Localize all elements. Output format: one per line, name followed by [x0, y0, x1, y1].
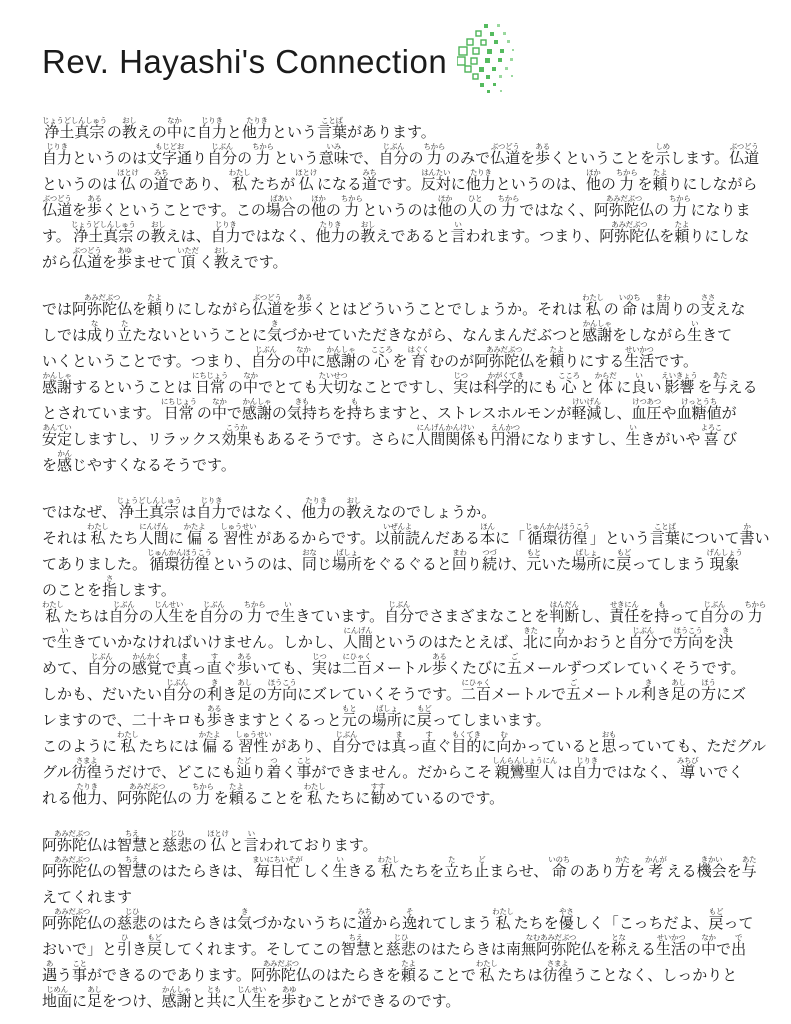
- furigana: ご: [570, 679, 577, 687]
- ruby-text: なむあみだぶつ南無阿弥陀仏: [506, 934, 596, 960]
- kanji-base: 循環彷徨: [149, 557, 209, 574]
- furigana: ちから: [744, 601, 766, 609]
- ruby-text: なか中: [212, 398, 227, 424]
- plain-text: のはたらきを: [311, 968, 401, 985]
- plain-text: では: [361, 739, 391, 756]
- kanji-base: 自力: [196, 505, 226, 522]
- kanji-base: 足: [87, 994, 102, 1011]
- plain-text: いくということです。つまり、: [42, 354, 251, 371]
- ruby-text: じつ実: [453, 372, 468, 398]
- kanji-base: 中: [212, 406, 227, 423]
- furigana: こころ: [371, 346, 393, 354]
- ruby-text: じぶん自分: [384, 601, 414, 627]
- ruby-text: い生: [687, 320, 702, 346]
- furigana: なか: [296, 346, 310, 354]
- plain-text: えであると: [375, 229, 450, 246]
- kanji-base: 歩: [207, 713, 222, 730]
- plain-text: の: [228, 380, 243, 397]
- ruby-text: じぶん自分: [251, 346, 281, 372]
- text-line: わたし私たちはじぶん自分のじんせい人生をじぶん自分のちから力でい生きています。じ…: [42, 600, 751, 626]
- ruby-text: じりき自力: [197, 117, 227, 143]
- kanji-base: 教: [360, 229, 375, 246]
- plain-text: もあるそうです。さらに: [252, 432, 416, 449]
- kanji-base: 血圧: [632, 406, 662, 423]
- kanji-base: 場所: [332, 557, 362, 574]
- kanji-base: 着: [266, 765, 281, 782]
- furigana: たりき: [246, 117, 268, 125]
- kanji-base: 真: [391, 739, 406, 756]
- kanji-base: 元: [342, 713, 357, 730]
- kanji-base: 中: [701, 942, 716, 959]
- ruby-text: い良: [631, 372, 646, 398]
- plain-text: をしながら: [612, 328, 687, 345]
- ruby-text: じょうどしんしゅう浄土真宗: [117, 497, 182, 523]
- furigana: つ: [270, 757, 277, 765]
- plain-text: ができるのであります。: [87, 968, 251, 985]
- kanji-base: 慈悲: [117, 916, 147, 933]
- kanji-base: 力: [247, 609, 262, 626]
- kanji-base: 仏: [120, 177, 135, 194]
- kanji-base: 感謝: [161, 994, 191, 1011]
- ruby-text: なか中: [167, 117, 182, 143]
- kanji-base: 利: [207, 687, 222, 704]
- plain-text: の: [136, 229, 151, 246]
- kanji-base: 道: [362, 177, 377, 194]
- text-line: ではなぜ、じょうどしんしゅう浄土真宗はじりき自力ではなく、たりき他力のおし教えな…: [42, 496, 751, 522]
- furigana: そ: [406, 908, 413, 916]
- kanji-base: 方向: [673, 635, 703, 652]
- furigana: けいげん: [572, 398, 601, 406]
- plain-text: を: [520, 151, 535, 168]
- plain-text: りの: [670, 302, 700, 319]
- furigana: こと: [72, 960, 86, 968]
- ruby-text: い生: [332, 856, 347, 882]
- kanji-base: 本: [480, 531, 495, 548]
- ruby-text: たよ頼: [229, 783, 244, 809]
- ruby-text: ご五: [566, 679, 581, 705]
- furigana: あみだぶつ: [54, 908, 90, 916]
- kanji-base: 自分: [699, 609, 729, 626]
- ruby-text: たりき他力: [242, 117, 272, 143]
- ruby-text: かた方: [615, 856, 630, 882]
- ruby-text: じょうどしんしゅう浄土真宗: [42, 117, 107, 143]
- plain-text: えです。: [229, 255, 288, 272]
- ruby-text: す直: [421, 731, 436, 757]
- plain-text: に: [481, 739, 496, 756]
- kanji-base: 思: [601, 739, 616, 756]
- text-block-4: あみだぶつ阿弥陀仏はちえ智慧とじひ慈悲のほとけ仏とい言われております。あみだぶつ…: [42, 829, 751, 1011]
- furigana: い: [629, 424, 636, 432]
- kanji-base: 北: [523, 635, 538, 652]
- furigana: かた: [615, 856, 629, 864]
- furigana: ちえ: [125, 856, 139, 864]
- furigana: かんしゃ: [242, 398, 271, 406]
- plain-text: と: [147, 838, 162, 855]
- ruby-text: ちえ智慧: [341, 934, 371, 960]
- plain-text: の: [237, 151, 252, 168]
- plain-text: で: [42, 635, 57, 652]
- furigana: あし: [87, 986, 101, 994]
- kanji-base: 親鸞聖人: [495, 765, 555, 782]
- furigana: い: [284, 601, 291, 609]
- kanji-base: 言: [450, 229, 465, 246]
- ruby-text: む向: [553, 627, 568, 653]
- plain-text: たちは: [498, 968, 543, 985]
- plain-text: のはたらきは、: [147, 864, 252, 881]
- ruby-text: おし教: [360, 221, 375, 247]
- header: Rev. Hayashi's Connection: [42, 30, 751, 94]
- furigana: あみだぶつ: [129, 783, 165, 791]
- furigana: む: [500, 731, 507, 739]
- plain-text: えな: [715, 302, 745, 319]
- ruby-text: じひ慈悲: [386, 934, 416, 960]
- ruby-text: ちから力: [669, 195, 691, 221]
- kanji-base: 自分: [207, 151, 237, 168]
- furigana: たりき: [305, 497, 327, 505]
- plain-text: たないということに: [132, 328, 267, 345]
- kanji-base: 意味: [319, 151, 349, 168]
- kanji-base: 優: [559, 916, 574, 933]
- kanji-base: 喜: [704, 432, 719, 449]
- ruby-text: たいせつ大切: [318, 372, 348, 398]
- plain-text: は: [557, 765, 572, 782]
- furigana: きも: [295, 398, 309, 406]
- plain-text: に: [616, 380, 631, 397]
- plain-text: ってしまいます。: [432, 713, 551, 730]
- plain-text: うことなく、しっかりと: [573, 968, 738, 985]
- kanji-base: 自力: [197, 125, 227, 142]
- plain-text: に: [182, 125, 197, 142]
- furigana: きた: [523, 627, 537, 635]
- furigana: とな: [611, 934, 625, 942]
- plain-text: に: [451, 177, 466, 194]
- ruby-text: た立: [117, 320, 132, 346]
- furigana: すす: [371, 783, 385, 791]
- kanji-base: 仏道: [72, 255, 102, 272]
- ruby-text: しめ示: [655, 143, 670, 169]
- plain-text: があるからです。: [256, 531, 375, 548]
- plain-text: の: [604, 302, 619, 319]
- kanji-base: 称: [611, 942, 626, 959]
- kanji-base: 歩: [117, 255, 132, 272]
- furigana: ちから: [192, 783, 214, 791]
- kanji-base: 実: [453, 380, 468, 397]
- ruby-text: ちから力: [341, 195, 363, 221]
- plain-text: なことですし、: [348, 380, 453, 397]
- ruby-text: あ遇: [42, 960, 57, 986]
- furigana: せきにん: [610, 601, 639, 609]
- plain-text: と: [229, 838, 244, 855]
- plain-text: の: [686, 687, 701, 704]
- furigana: あみだぶつ: [84, 294, 120, 302]
- furigana: ほとけ: [117, 169, 139, 177]
- kanji-base: 力: [255, 151, 270, 168]
- kanji-base: 事: [72, 968, 87, 985]
- text-line: あ遇うこと事ができるのであります。あみだぶつ阿弥陀仏のはたらきをたよ頼ることでわ…: [42, 959, 751, 985]
- plain-text: の: [229, 609, 244, 626]
- text-line: じめん地面にあし足をつけ、かんしゃ感謝ととも共にじんせい人生をあゆ歩むことができ…: [42, 985, 751, 1011]
- plain-text: のあり: [570, 864, 615, 881]
- plain-text: を: [697, 380, 712, 397]
- furigana: ど: [478, 856, 485, 864]
- ruby-text: わたし私: [117, 731, 139, 757]
- ruby-text: おし教: [122, 117, 137, 143]
- plain-text: を: [72, 203, 87, 220]
- furigana: わたし: [117, 731, 139, 739]
- ruby-text: もど戻: [417, 705, 432, 731]
- kanji-base: 仏: [299, 177, 314, 194]
- plain-text: メートル: [581, 687, 641, 704]
- furigana: いのち: [548, 856, 570, 864]
- kanji-base: 判断: [549, 609, 579, 626]
- plain-text: り: [192, 151, 207, 168]
- kanji-base: 導: [680, 765, 695, 782]
- furigana: ある: [87, 195, 101, 203]
- plain-text: く: [199, 255, 214, 272]
- furigana: ばしょ: [336, 549, 358, 557]
- kanji-base: 私: [495, 916, 510, 933]
- furigana: みち: [357, 908, 371, 916]
- plain-text: それは: [42, 531, 87, 548]
- plain-text: では: [42, 302, 72, 319]
- furigana: はんたい: [421, 169, 450, 177]
- furigana: しゅうせい: [235, 731, 271, 739]
- kanji-base: 彷徨: [543, 968, 573, 985]
- kanji-base: 自分: [378, 151, 408, 168]
- furigana: かんかく: [132, 653, 161, 661]
- kanji-base: 自分: [87, 661, 117, 678]
- furigana: いのち: [619, 294, 641, 302]
- furigana: わたし: [229, 169, 251, 177]
- furigana: あみだぶつ: [54, 856, 90, 864]
- ruby-text: ほとけ仏: [117, 169, 139, 195]
- kanji-base: 人間関係: [415, 432, 475, 449]
- ruby-text: からだ体: [595, 372, 617, 398]
- kanji-base: 地面: [42, 994, 72, 1011]
- furigana: なか: [701, 934, 715, 942]
- kanji-base: 方向: [267, 687, 297, 704]
- plain-text: の: [139, 177, 154, 194]
- kanji-base: 阿弥陀仏: [42, 838, 102, 855]
- plain-text: しく: [302, 864, 332, 881]
- plain-text: になる: [317, 177, 362, 194]
- kanji-base: 戻: [147, 942, 162, 959]
- furigana: じりき: [215, 221, 237, 229]
- kanji-base: 自力: [572, 765, 602, 782]
- furigana: た: [121, 320, 128, 328]
- plain-text: る: [220, 739, 235, 756]
- kanji-base: 勧: [370, 791, 385, 808]
- furigana: かたよ: [199, 731, 221, 739]
- ruby-text: あみだぶつ阿弥陀仏: [117, 783, 177, 809]
- furigana: じぶん: [335, 731, 357, 739]
- kanji-base: 阿弥陀仏: [599, 229, 659, 246]
- plain-text: メールずつズレていくそうです。: [522, 661, 746, 678]
- ruby-text: き気: [237, 908, 252, 934]
- kanji-base: 歩: [87, 203, 102, 220]
- kanji-base: 私: [585, 302, 600, 319]
- kanji-base: 阿弥陀仏: [117, 791, 177, 808]
- ruby-text: ちえ智慧: [117, 830, 147, 856]
- text-line: しかも、だいたいじぶん自分のき利きあし足のほうこう方向にズレていくそうです。にひ…: [42, 678, 751, 704]
- furigana: おし: [151, 221, 165, 229]
- plain-text: という: [272, 125, 317, 142]
- text-line: れるたりき他力、あみだぶつ阿弥陀仏のちから力をたよ頼ることをわたし私たちにすす勧…: [42, 782, 751, 808]
- plain-text: します。: [670, 151, 729, 168]
- furigana: かんが: [645, 856, 667, 864]
- ruby-text: あみだぶつ阿弥陀仏: [251, 960, 311, 986]
- kanji-base: 実: [312, 661, 327, 678]
- kanji-base: 五: [566, 687, 581, 704]
- plain-text: に: [72, 994, 87, 1011]
- furigana: す: [211, 653, 218, 661]
- ruby-text: おし教: [151, 221, 166, 247]
- ruby-text: あみだぶつ阿弥陀仏: [474, 346, 534, 372]
- plain-text: を: [703, 635, 718, 652]
- furigana: かんしゃ: [162, 986, 191, 994]
- furigana: ばしょ: [376, 705, 398, 713]
- plain-text: や: [662, 406, 677, 423]
- kanji-base: 阿弥陀仏: [594, 203, 654, 220]
- kanji-base: 心: [374, 354, 389, 371]
- plain-text: おいで」と: [42, 942, 117, 959]
- furigana: ま: [395, 731, 402, 739]
- ruby-text: あみだぶつ阿弥陀仏: [594, 195, 654, 221]
- ruby-text: わたし私: [582, 294, 604, 320]
- plain-text: ぐ: [222, 661, 237, 678]
- furigana: みちび: [677, 757, 699, 765]
- text-line: グルさまよ彷徨うだけで、どこにもたど辿りつ着くこと事ができません。だからこそしん…: [42, 756, 751, 782]
- furigana: じぶん: [632, 627, 654, 635]
- plain-text: きがいや: [640, 432, 700, 449]
- plain-text: メートルで: [491, 687, 566, 704]
- kanji-base: 足: [671, 687, 686, 704]
- ruby-text: にんげん人間: [343, 627, 373, 653]
- furigana: なか: [167, 117, 181, 125]
- plain-text: っていても、ただグル: [616, 739, 766, 756]
- furigana: たよ: [229, 783, 243, 791]
- furigana: い: [635, 372, 642, 380]
- kanji-base: 効果: [222, 432, 252, 449]
- furigana: こと: [297, 757, 311, 765]
- plain-text: ち: [459, 864, 474, 881]
- furigana: ちから: [252, 143, 274, 151]
- plain-text: の: [326, 203, 341, 220]
- plain-text: いても、: [252, 661, 312, 678]
- ruby-text: けつあつ血圧: [632, 398, 662, 424]
- kanji-base: 人間: [343, 635, 373, 652]
- ruby-text: いみ意味: [319, 143, 349, 169]
- ruby-text: みち道: [362, 169, 377, 195]
- ruby-text: おな同: [302, 549, 317, 575]
- ruby-text: ほか他: [311, 195, 326, 221]
- kanji-base: 力: [501, 203, 516, 220]
- plain-text: をぐるぐると: [362, 557, 452, 574]
- ruby-text: かんしゃ感謝: [42, 372, 72, 398]
- furigana: かがくてき: [488, 372, 524, 380]
- ruby-text: みち道: [154, 169, 169, 195]
- plain-text: えは、: [166, 229, 211, 246]
- ruby-text: なか中: [701, 934, 716, 960]
- furigana: いみ: [327, 143, 341, 151]
- plain-text: の: [654, 203, 669, 220]
- kanji-base: 支: [700, 302, 715, 319]
- ruby-text: たりき他力: [301, 497, 331, 523]
- furigana: き: [211, 679, 218, 687]
- furigana: こころ: [558, 372, 580, 380]
- kanji-base: 事: [296, 765, 311, 782]
- text-line: というのはほとけ仏のみち道であり、わたし私たちがほとけ仏になるみち道です。はんた…: [42, 168, 751, 194]
- ruby-text: あみだぶつ阿弥陀仏: [72, 294, 132, 320]
- furigana: じひ: [125, 908, 139, 916]
- kanji-base: 阿弥陀仏: [72, 302, 132, 319]
- ruby-text: たりき他力: [466, 169, 496, 195]
- kanji-base: 阿弥陀仏: [474, 354, 534, 371]
- ruby-text: ま真: [177, 653, 192, 679]
- plain-text: の: [107, 125, 122, 142]
- furigana: ほか: [586, 169, 600, 177]
- plain-text: の: [601, 177, 616, 194]
- ruby-text: こうか効果: [222, 424, 252, 450]
- plain-text: で、: [349, 151, 379, 168]
- plain-text: り: [251, 765, 266, 782]
- furigana: きかい: [701, 856, 723, 864]
- furigana: にひゃく: [462, 679, 491, 687]
- furigana: ちから: [498, 195, 520, 203]
- furigana: じゅんかんほうこう: [147, 549, 212, 557]
- ruby-text: じんせい人生: [154, 601, 184, 627]
- plain-text: いた: [541, 557, 571, 574]
- plain-text: の: [453, 203, 468, 220]
- kanji-base: 日常: [164, 406, 194, 423]
- ruby-text: き決: [718, 627, 733, 653]
- text-line: あみだぶつ阿弥陀仏のじひ慈悲のはたらきはき気づかないうちにみち道からそ逸れてしま…: [42, 907, 751, 933]
- plain-text: になりますし、: [520, 432, 625, 449]
- plain-text: を: [596, 942, 611, 959]
- kanji-base: 体: [598, 380, 613, 397]
- ruby-text: じりき自力: [42, 143, 72, 169]
- kanji-base: 引: [117, 942, 132, 959]
- plain-text: で: [265, 609, 280, 626]
- ruby-text: ほとけ仏: [295, 169, 317, 195]
- plain-text: える: [727, 380, 757, 397]
- kanji-base: 教: [151, 229, 166, 246]
- furigana: こうか: [226, 424, 248, 432]
- furigana: ほうこう: [674, 627, 703, 635]
- furigana: おし: [361, 221, 375, 229]
- ruby-text: かんしゃ感謝: [161, 986, 191, 1012]
- text-line: ではあみだぶつ阿弥陀仏をたよ頼りにしながらぶつどう仏道をある歩くとはどういうこと…: [42, 293, 751, 319]
- ruby-text: すす勧: [370, 783, 385, 809]
- furigana: わたし: [304, 783, 326, 791]
- ruby-text: ちから力: [252, 143, 274, 169]
- plain-text: たちには: [139, 739, 199, 756]
- ruby-text: じぶん自分: [628, 627, 658, 653]
- ruby-text: まわ周: [655, 294, 670, 320]
- ruby-text: む向: [496, 731, 511, 757]
- ruby-text: はぐく育: [408, 346, 430, 372]
- text-line: あんてい安定しますし、リラックスこうか効果もあるそうです。さらににんげんかんけい…: [42, 423, 751, 449]
- furigana: じひ: [394, 934, 408, 942]
- ruby-text: いぜんよ以前読: [375, 523, 420, 549]
- ruby-text: ばしょ場所: [332, 549, 362, 575]
- furigana: ほか: [438, 195, 452, 203]
- kanji-base: 慈悲: [162, 838, 192, 855]
- kanji-base: 回: [452, 557, 467, 574]
- kanji-base: 自力: [211, 229, 241, 246]
- kanji-base: 私: [120, 739, 135, 756]
- kanji-base: 歩: [282, 994, 297, 1011]
